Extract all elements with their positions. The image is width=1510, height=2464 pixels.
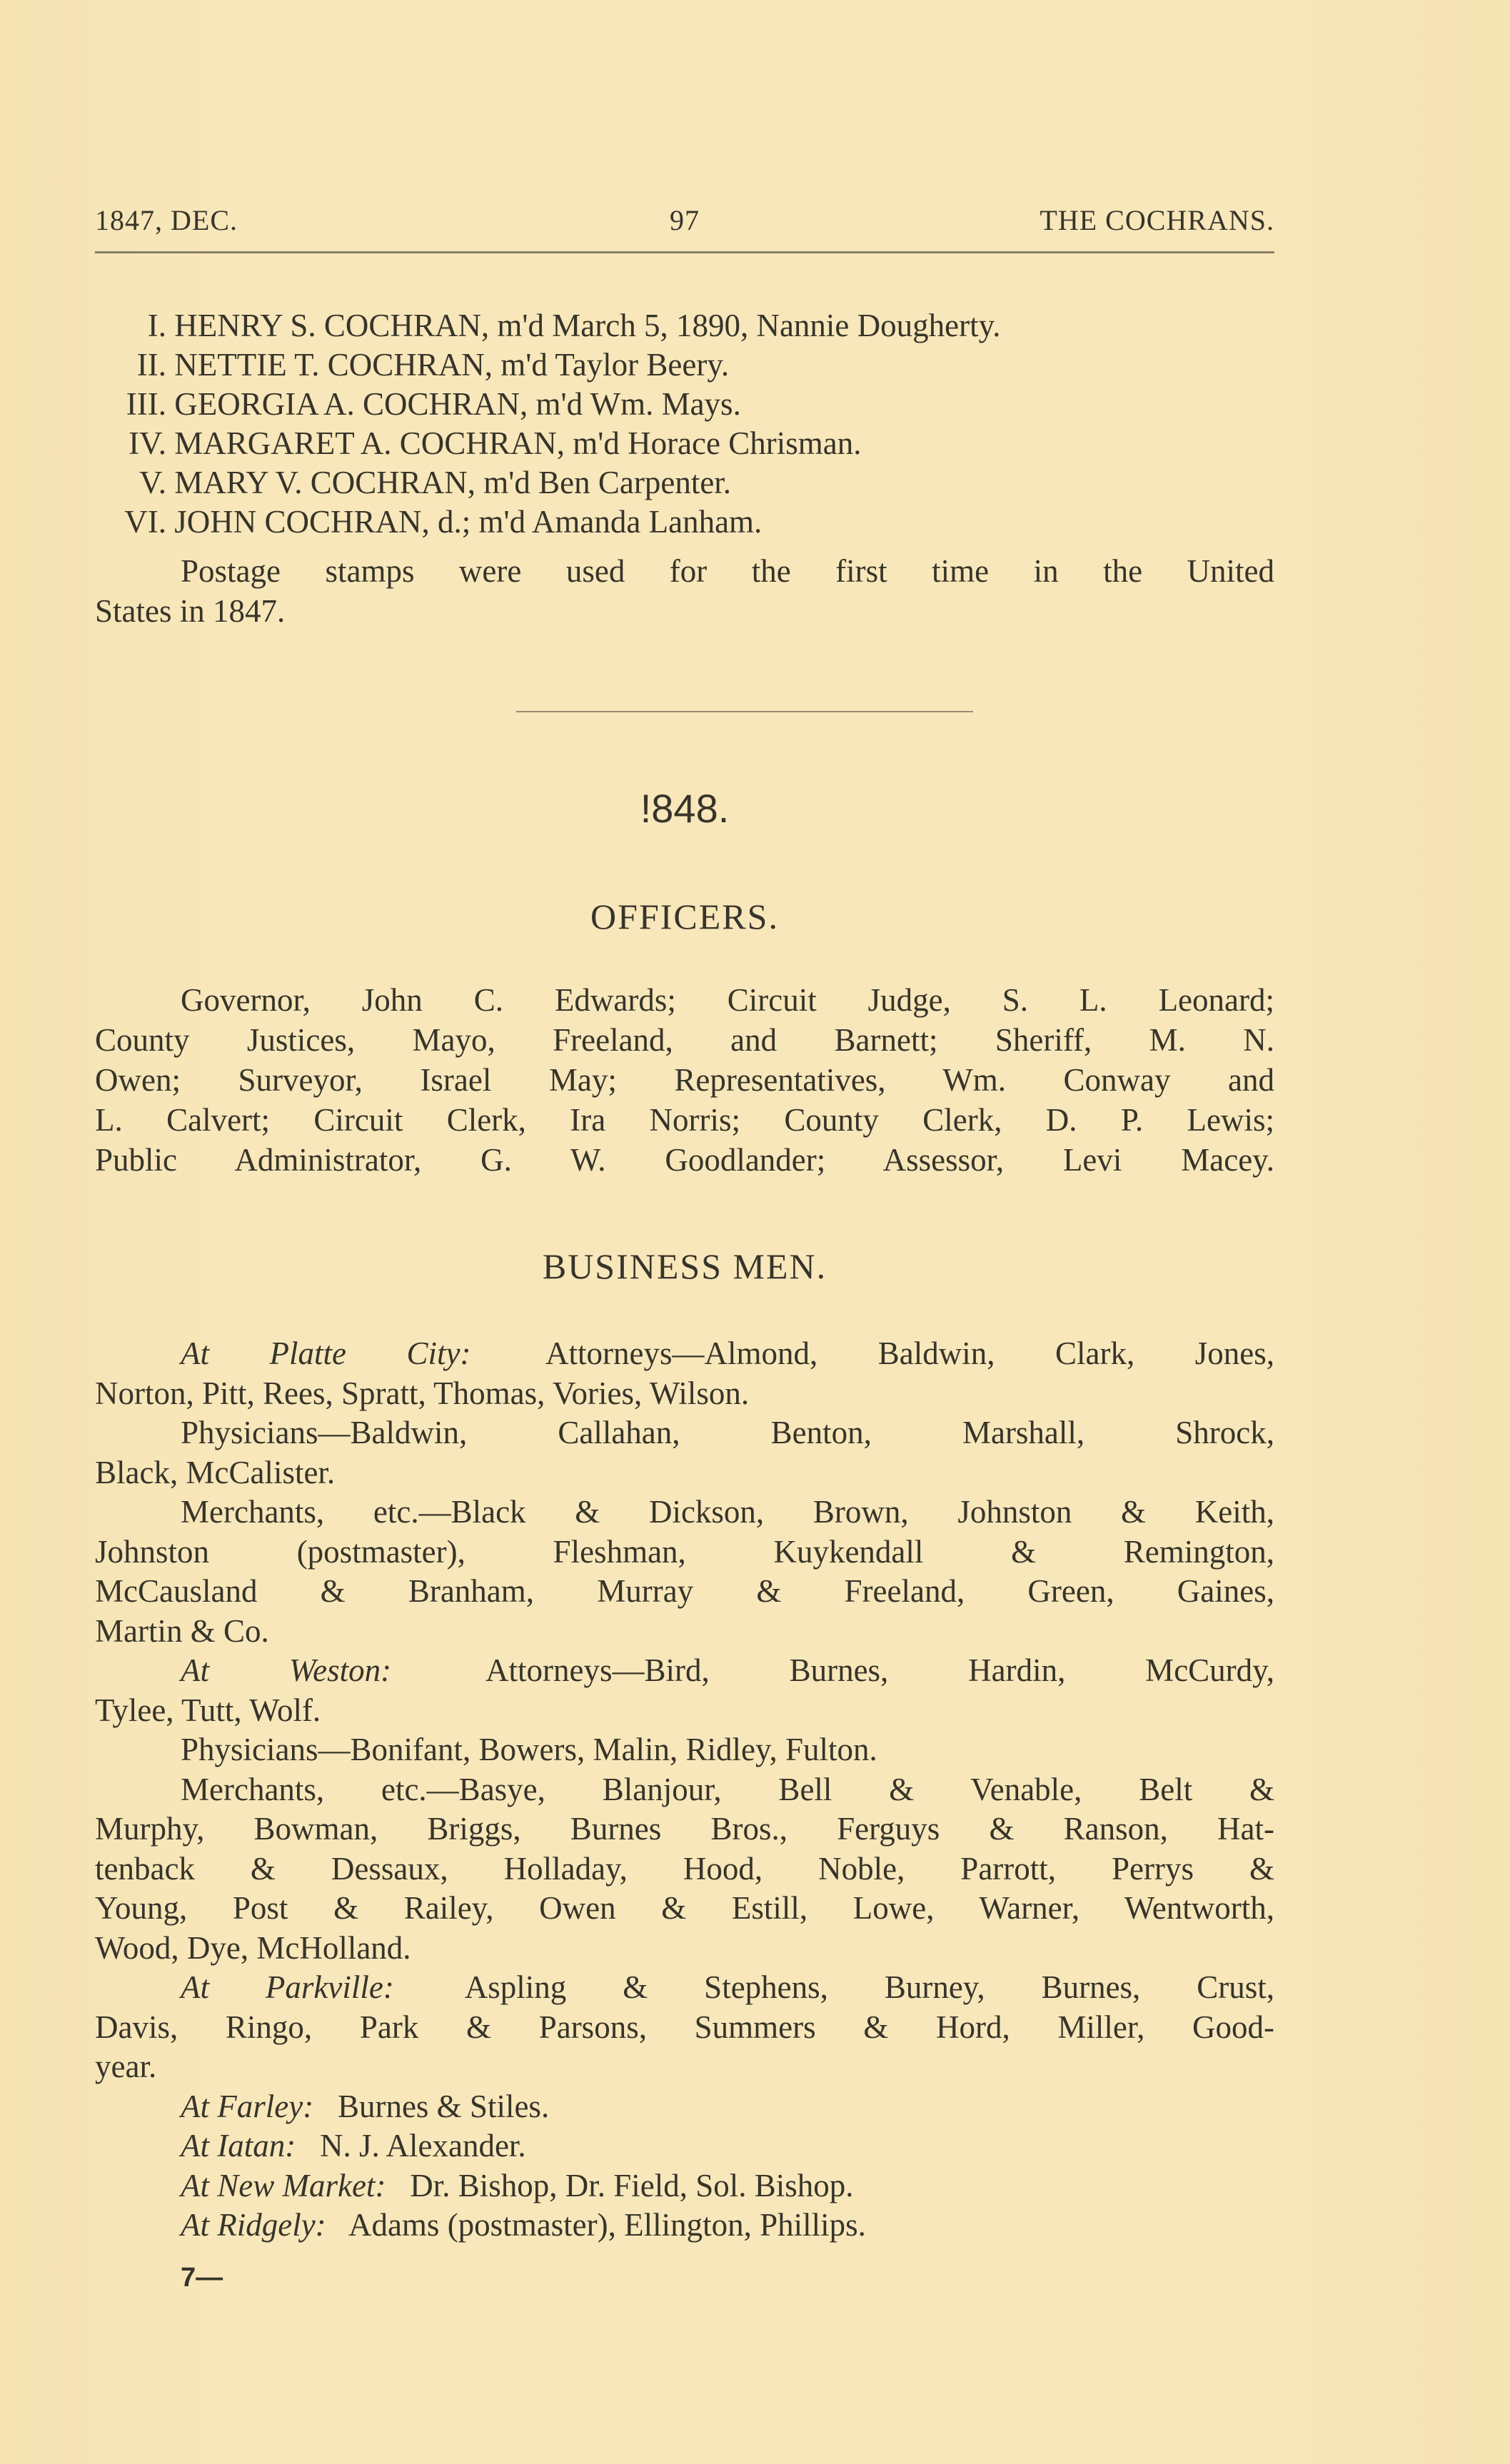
paragraph-line: Public Administrator, G. W. Goodlander; … — [95, 1140, 1274, 1180]
business-line: At Parkville: Aspling & Stephens, Burney… — [95, 1967, 1274, 2007]
list-item: III. GEORGIA A. COCHRAN, m'd Wm. Mays. — [95, 384, 1274, 424]
business-text: N. J. Alexander. — [320, 2128, 526, 2163]
business-text: Norton, Pitt, Rees, Spratt, Thomas, Vori… — [95, 1375, 749, 1411]
paragraph-line: States in 1847. — [95, 591, 1274, 631]
business-line: Davis, Ringo, Park & Parsons, Summers & … — [95, 2007, 1274, 2047]
place-label: At New Market: — [181, 2168, 386, 2203]
business-text: Physicians—Bonifant, Bowers, Malin, Ridl… — [181, 1732, 877, 1767]
business-line: Murphy, Bowman, Briggs, Burnes Bros., Fe… — [95, 1809, 1274, 1849]
list-numeral: V. — [95, 463, 166, 503]
list-numeral: VI. — [95, 502, 166, 542]
list-item: II. NETTIE T. COCHRAN, m'd Taylor Beery. — [95, 345, 1274, 385]
business-text: Wood, Dye, McHolland. — [95, 1930, 411, 1966]
place-label: At Weston: — [181, 1652, 391, 1688]
business-line: year. — [95, 2046, 1274, 2086]
business-line: At Farley: Burnes & Stiles. — [95, 2086, 1274, 2126]
business-text: Martin & Co. — [95, 1613, 269, 1649]
list-text: NETTIE T. COCHRAN, m'd Taylor Beery. — [174, 347, 729, 383]
business-text: tenback & Dessaux, Holladay, Hood, Noble… — [95, 1851, 1274, 1887]
business-line: Young, Post & Railey, Owen & Estill, Low… — [95, 1888, 1274, 1928]
business-text: Young, Post & Railey, Owen & Estill, Low… — [95, 1890, 1274, 1926]
business-line: At Platte City: Attorneys—Almond, Baldwi… — [95, 1333, 1274, 1373]
business-line: Norton, Pitt, Rees, Spratt, Thomas, Vori… — [95, 1373, 1274, 1413]
business-text: Merchants, etc.—Black & Dickson, Brown, … — [181, 1494, 1274, 1530]
signature-mark: 7— — [181, 2263, 223, 2293]
paragraph-line: County Justices, Mayo, Freeland, and Bar… — [95, 1020, 1274, 1060]
paragraph-line: Owen; Surveyor, Israel May; Representati… — [95, 1060, 1274, 1100]
business-line: Physicians—Baldwin, Callahan, Benton, Ma… — [95, 1413, 1274, 1453]
year-heading: !848. — [95, 785, 1274, 832]
business-line: Physicians—Bonifant, Bowers, Malin, Ridl… — [95, 1730, 1274, 1769]
list-numeral: IV. — [95, 423, 166, 463]
list-item: V. MARY V. COCHRAN, m'd Ben Carpenter. — [95, 463, 1274, 503]
business-line: At Iatan: N. J. Alexander. — [95, 2126, 1274, 2166]
place-label: At Farley: — [181, 2089, 313, 2124]
business-text: Tylee, Tutt, Wolf. — [95, 1692, 321, 1728]
list-numeral: II. — [95, 345, 166, 385]
business-text: Burnes & Stiles. — [338, 2089, 549, 2124]
business-text: Adams (postmaster), Ellington, Phillips. — [348, 2207, 866, 2243]
business-line: At New Market: Dr. Bishop, Dr. Field, So… — [95, 2166, 1274, 2206]
business-line: McCausland & Branham, Murray & Freeland,… — [95, 1571, 1274, 1611]
business-text: Physicians—Baldwin, Callahan, Benton, Ma… — [181, 1415, 1274, 1450]
business-line: tenback & Dessaux, Holladay, Hood, Noble… — [95, 1849, 1274, 1889]
business-line: Merchants, etc.—Black & Dickson, Brown, … — [95, 1492, 1274, 1532]
business-text: Dr. Bishop, Dr. Field, Sol. Bishop. — [410, 2168, 853, 2203]
business-line: Martin & Co. — [95, 1611, 1274, 1651]
business-text: Aspling & Stephens, Burney, Burnes, Crus… — [465, 1969, 1274, 2005]
business-line: At Weston: Attorneys—Bird, Burnes, Hardi… — [95, 1650, 1274, 1690]
business-line: Johnston (postmaster), Fleshman, Kuykend… — [95, 1532, 1274, 1572]
section-divider — [516, 711, 973, 712]
business-text: Attorneys—Bird, Burnes, Hardin, McCurdy, — [485, 1652, 1274, 1688]
business-text: McCausland & Branham, Murray & Freeland,… — [95, 1573, 1274, 1609]
running-head: 1847, DEC. 97 THE COCHRANS. — [95, 203, 1274, 239]
place-label: At Platte City: — [181, 1335, 470, 1371]
business-line: Black, McCalister. — [95, 1453, 1274, 1493]
business-text: Attorneys—Almond, Baldwin, Clark, Jones, — [545, 1335, 1274, 1371]
list-item: I. HENRY S. COCHRAN, m'd March 5, 1890, … — [95, 306, 1274, 345]
business-line: Wood, Dye, McHolland. — [95, 1928, 1274, 1968]
business-text: Black, McCalister. — [95, 1455, 335, 1490]
business-line: Merchants, etc.—Basye, Blanjour, Bell & … — [95, 1769, 1274, 1809]
place-label: At Iatan: — [181, 2128, 296, 2163]
running-head-title: THE COCHRANS. — [1040, 203, 1274, 237]
list-item: VI. JOHN COCHRAN, d.; m'd Amanda Lanham. — [95, 502, 1274, 542]
paragraph-line: L. Calvert; Circuit Clerk, Ira Norris; C… — [95, 1100, 1274, 1140]
business-line: Tylee, Tutt, Wolf. — [95, 1690, 1274, 1730]
list-numeral: I. — [95, 306, 166, 345]
list-text: MARGARET A. COCHRAN, m'd Horace Chrisman… — [174, 425, 861, 461]
paragraph-line: Postage stamps were used for the first t… — [95, 551, 1274, 591]
business-text: year. — [95, 2049, 156, 2084]
business-text: Murphy, Bowman, Briggs, Burnes Bros., Fe… — [95, 1811, 1274, 1847]
list-text: JOHN COCHRAN, d.; m'd Amanda Lanham. — [174, 504, 762, 540]
place-label: At Ridgely: — [181, 2207, 326, 2243]
business-text: Davis, Ringo, Park & Parsons, Summers & … — [95, 2009, 1274, 2045]
header-rule-divider — [95, 251, 1274, 253]
business-line: At Ridgely: Adams (postmaster), Ellingto… — [95, 2205, 1274, 2245]
list-text: MARY V. COCHRAN, m'd Ben Carpenter. — [174, 465, 731, 500]
place-label: At Parkville: — [181, 1969, 394, 2005]
list-numeral: III. — [95, 384, 166, 424]
paragraph-line: Governor, John C. Edwards; Circuit Judge… — [95, 980, 1274, 1020]
officers-heading: OFFICERS. — [95, 896, 1274, 937]
business-text: Merchants, etc.—Basye, Blanjour, Bell & … — [181, 1772, 1274, 1807]
list-text: HENRY S. COCHRAN, m'd March 5, 1890, Nan… — [174, 308, 1000, 343]
list-item: IV. MARGARET A. COCHRAN, m'd Horace Chri… — [95, 423, 1274, 463]
list-text: GEORGIA A. COCHRAN, m'd Wm. Mays. — [174, 386, 741, 422]
business-men-heading: BUSINESS MEN. — [95, 1246, 1274, 1287]
business-text: Johnston (postmaster), Fleshman, Kuykend… — [95, 1534, 1274, 1570]
